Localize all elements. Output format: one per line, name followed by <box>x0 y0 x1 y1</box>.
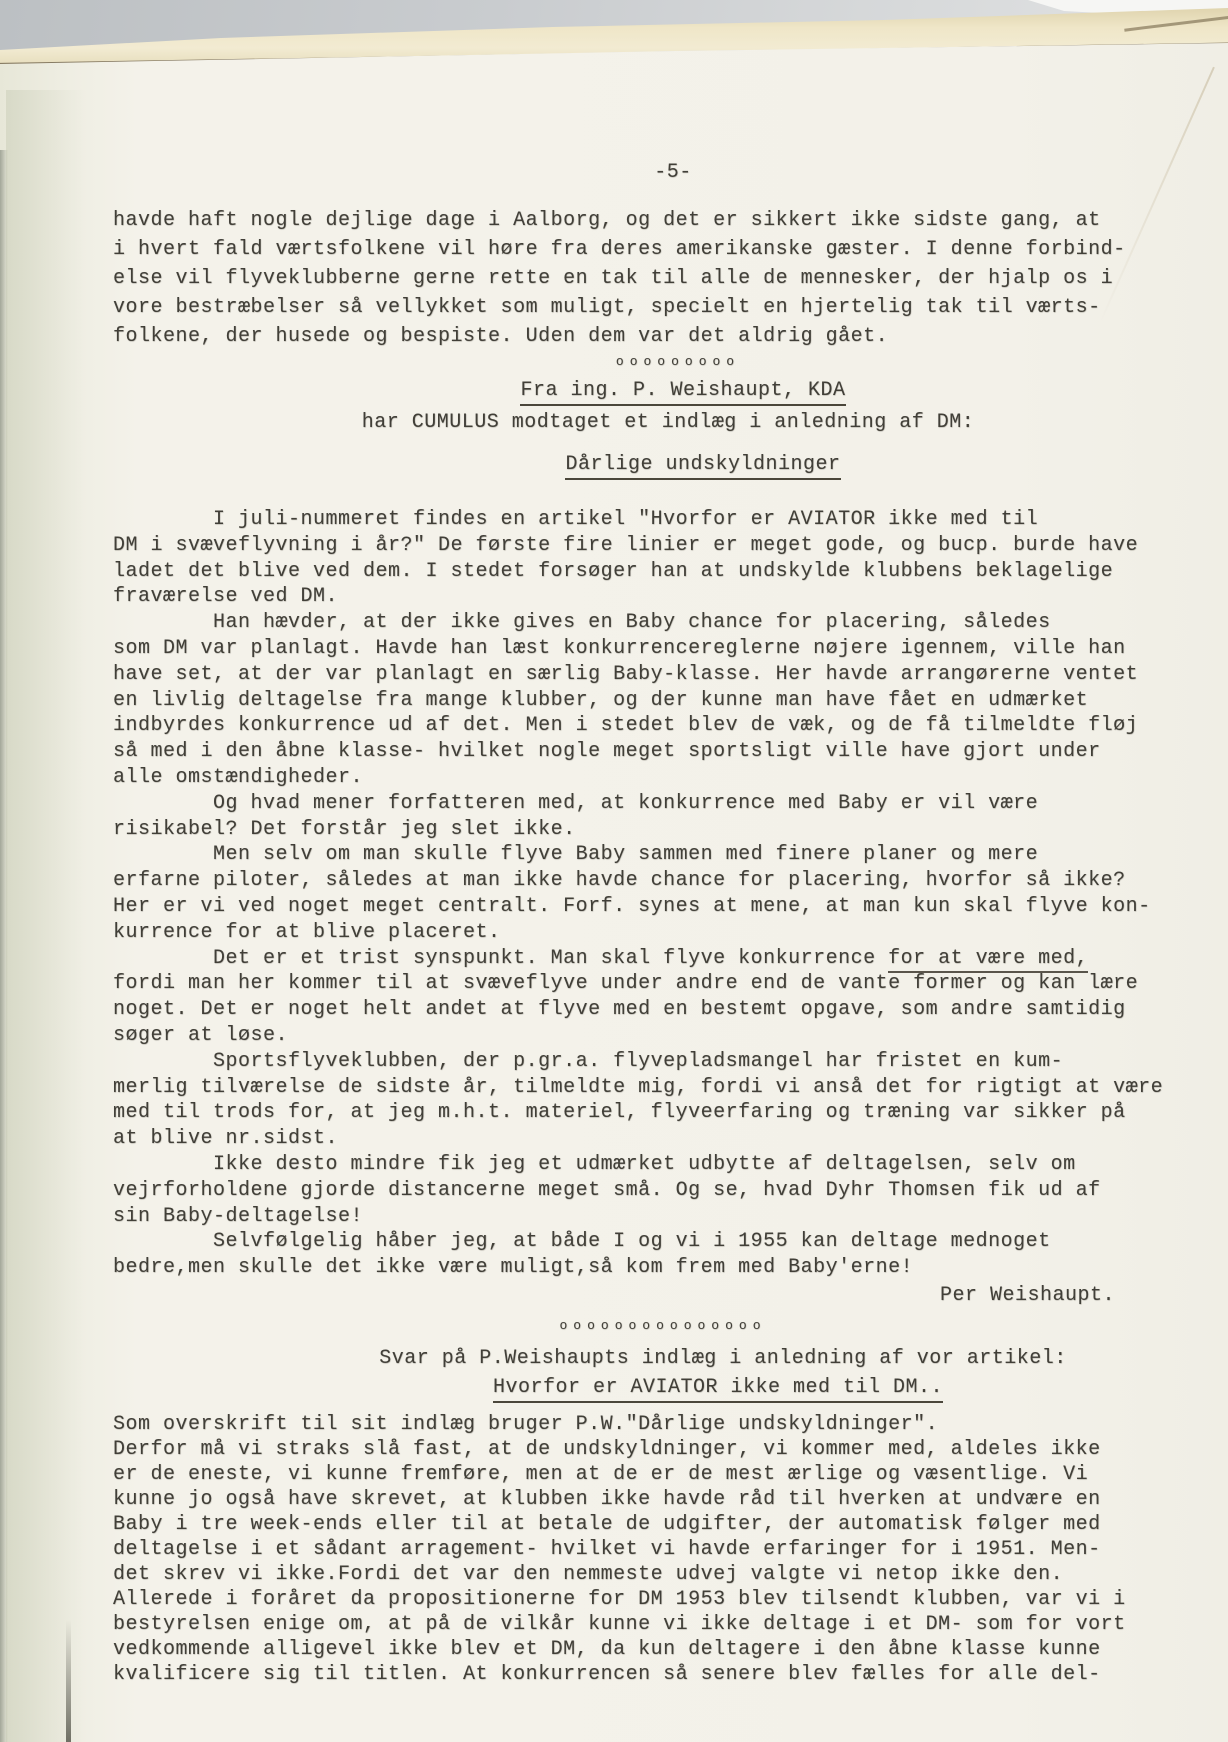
text-line: Sportsflyveklubben, der p.gr.a. flyvepla… <box>113 1049 1173 1075</box>
from-heading-text: Fra ing. P. Weishaupt, KDA <box>520 379 845 406</box>
text-line: merlig tilværelse de sidste år, tilmeldt… <box>113 1075 1173 1101</box>
article-title-text: Dårlige undskyldninger <box>565 453 840 480</box>
article-title: Dårlige undskyldninger <box>173 451 1228 479</box>
text-line: noget. Det er noget helt andet at flyve … <box>113 997 1173 1023</box>
weishaupt-letter-body: I juli-nummeret findes en artikel "Hvorf… <box>113 507 1173 1281</box>
text-line: ladet det blive ved dem. I stedet forsøg… <box>113 559 1173 585</box>
text-line: Han hævder, at der ikke gives en Baby ch… <box>113 610 1173 636</box>
underlined-phrase: for at være med, <box>888 947 1088 973</box>
text-line: så med i den åbne klasse- hvilket nogle … <box>113 739 1173 765</box>
text-line: kvalificere sig til titlen. At konkurren… <box>113 1662 1173 1687</box>
text-line: en livlig deltagelse fra mange klubber, … <box>113 688 1173 714</box>
text-line: indbyrdes konkurrence ud af det. Men i s… <box>113 713 1173 739</box>
text-line: som DM var planlagt. Havde han læst konk… <box>113 636 1173 662</box>
text-line: have set, at der var planlagt en særlig … <box>113 662 1173 688</box>
text-line: bestyrelsen enige om, at på de vilkår ku… <box>113 1612 1173 1637</box>
text-line: alle omstændigheder. <box>113 765 1173 791</box>
text-line: Allerede i foråret da propositionerne fo… <box>113 1587 1173 1612</box>
text-line: Og hvad mener forfatteren med, at konkur… <box>113 791 1173 817</box>
text-line: kunne jo også have skrevet, at klubben i… <box>113 1487 1173 1512</box>
text-line: Det er et trist synspunkt. Man skal flyv… <box>113 946 1173 972</box>
reply-body: Som overskrift til sit indlæg bruger P.W… <box>113 1412 1173 1687</box>
text-line: DM i svæveflyvning i år?" De første fire… <box>113 533 1173 559</box>
text-line: vedkommende alligevel ikke blev et DM, d… <box>113 1637 1173 1662</box>
text-line: fraværelse ved DM. <box>113 584 1173 610</box>
from-heading: Fra ing. P. Weishaupt, KDA <box>153 377 1213 404</box>
text-line: else vil flyveklubberne gerne rette en t… <box>113 264 1173 293</box>
paper-sheet: -5- havde haft nogle dejlige dage i Aalb… <box>0 0 1228 1742</box>
text-line: Baby i tre week-ends eller til at betale… <box>113 1512 1173 1537</box>
text-line: folkene, der husede og bespiste. Uden de… <box>113 322 1173 351</box>
text-line: det skrev vi ikke.Fordi det var den nemm… <box>113 1562 1173 1587</box>
text-line: Her er vi ved noget meget centralt. Forf… <box>113 894 1173 920</box>
text-line: Ikke desto mindre fik jeg et udmærket ud… <box>113 1152 1173 1178</box>
reply-title: Hvorfor er AVIATOR ikke med til DM.. <box>188 1374 1228 1402</box>
text-line: erfarne piloter, således at man ikke hav… <box>113 868 1173 894</box>
text-line: Som overskrift til sit indlæg bruger P.W… <box>113 1412 1173 1437</box>
text-line: I juli-nummeret findes en artikel "Hvorf… <box>113 507 1173 533</box>
text-line: med til trods for, at jeg m.h.t. materie… <box>113 1100 1173 1126</box>
text-line: havde haft nogle dejlige dage i Aalborg,… <box>113 206 1173 235</box>
dotted-separator: ooooooooo <box>148 353 1208 371</box>
text-segment: Det er et trist synspunkt. Man skal flyv… <box>113 947 888 970</box>
typewritten-content: -5- havde haft nogle dejlige dage i Aalb… <box>113 0 1173 1687</box>
text-line: fordi man her kommer til at svæveflyve u… <box>113 971 1173 997</box>
text-line: kurrence for at blive placeret. <box>113 920 1173 946</box>
page-number: -5- <box>143 160 1203 186</box>
text-line: søger at løse. <box>113 1023 1173 1049</box>
dotted-separator: ooooooooooooooo <box>133 1317 1193 1335</box>
text-line: sin Baby-deltagelse! <box>113 1204 1173 1230</box>
left-binding-shade <box>6 90 86 1742</box>
text-line: Selvfølgelig håber jeg, at både I og vi … <box>113 1229 1173 1255</box>
text-line: Derfor må vi straks slå fast, at de unds… <box>113 1437 1173 1462</box>
text-line: vore bestræbelser så vellykket som mulig… <box>113 293 1173 322</box>
text-line: er de eneste, vi kunne fremføre, men at … <box>113 1462 1173 1487</box>
text-line: Men selv om man skulle flyve Baby sammen… <box>113 842 1173 868</box>
text-line: bedre,men skulle det ikke være muligt,så… <box>113 1255 1173 1281</box>
text-line: risikabel? Det forstår jeg slet ikke. <box>113 817 1173 843</box>
text-line: vejrforholdene gjorde distancerne meget … <box>113 1178 1173 1204</box>
reply-intro-line: Svar på P.Weishaupts indlæg i anledning … <box>193 1345 1228 1372</box>
reply-title-text: Hvorfor er AVIATOR ikke med til DM.. <box>493 1376 943 1403</box>
cumulus-subtitle: har CUMULUS modtaget et indlæg i anledni… <box>138 409 1198 436</box>
intro-paragraph: havde haft nogle dejlige dage i Aalborg,… <box>113 206 1173 351</box>
bottom-left-crease-mark <box>66 1620 71 1742</box>
text-line: at blive nr.sidst. <box>113 1126 1173 1152</box>
text-line: i hvert fald værtsfolkene vil høre fra d… <box>113 235 1173 264</box>
signature: Per Weishaupt. <box>113 1283 1173 1309</box>
text-line: deltagelse i et sådant arragement- hvilk… <box>113 1537 1173 1562</box>
